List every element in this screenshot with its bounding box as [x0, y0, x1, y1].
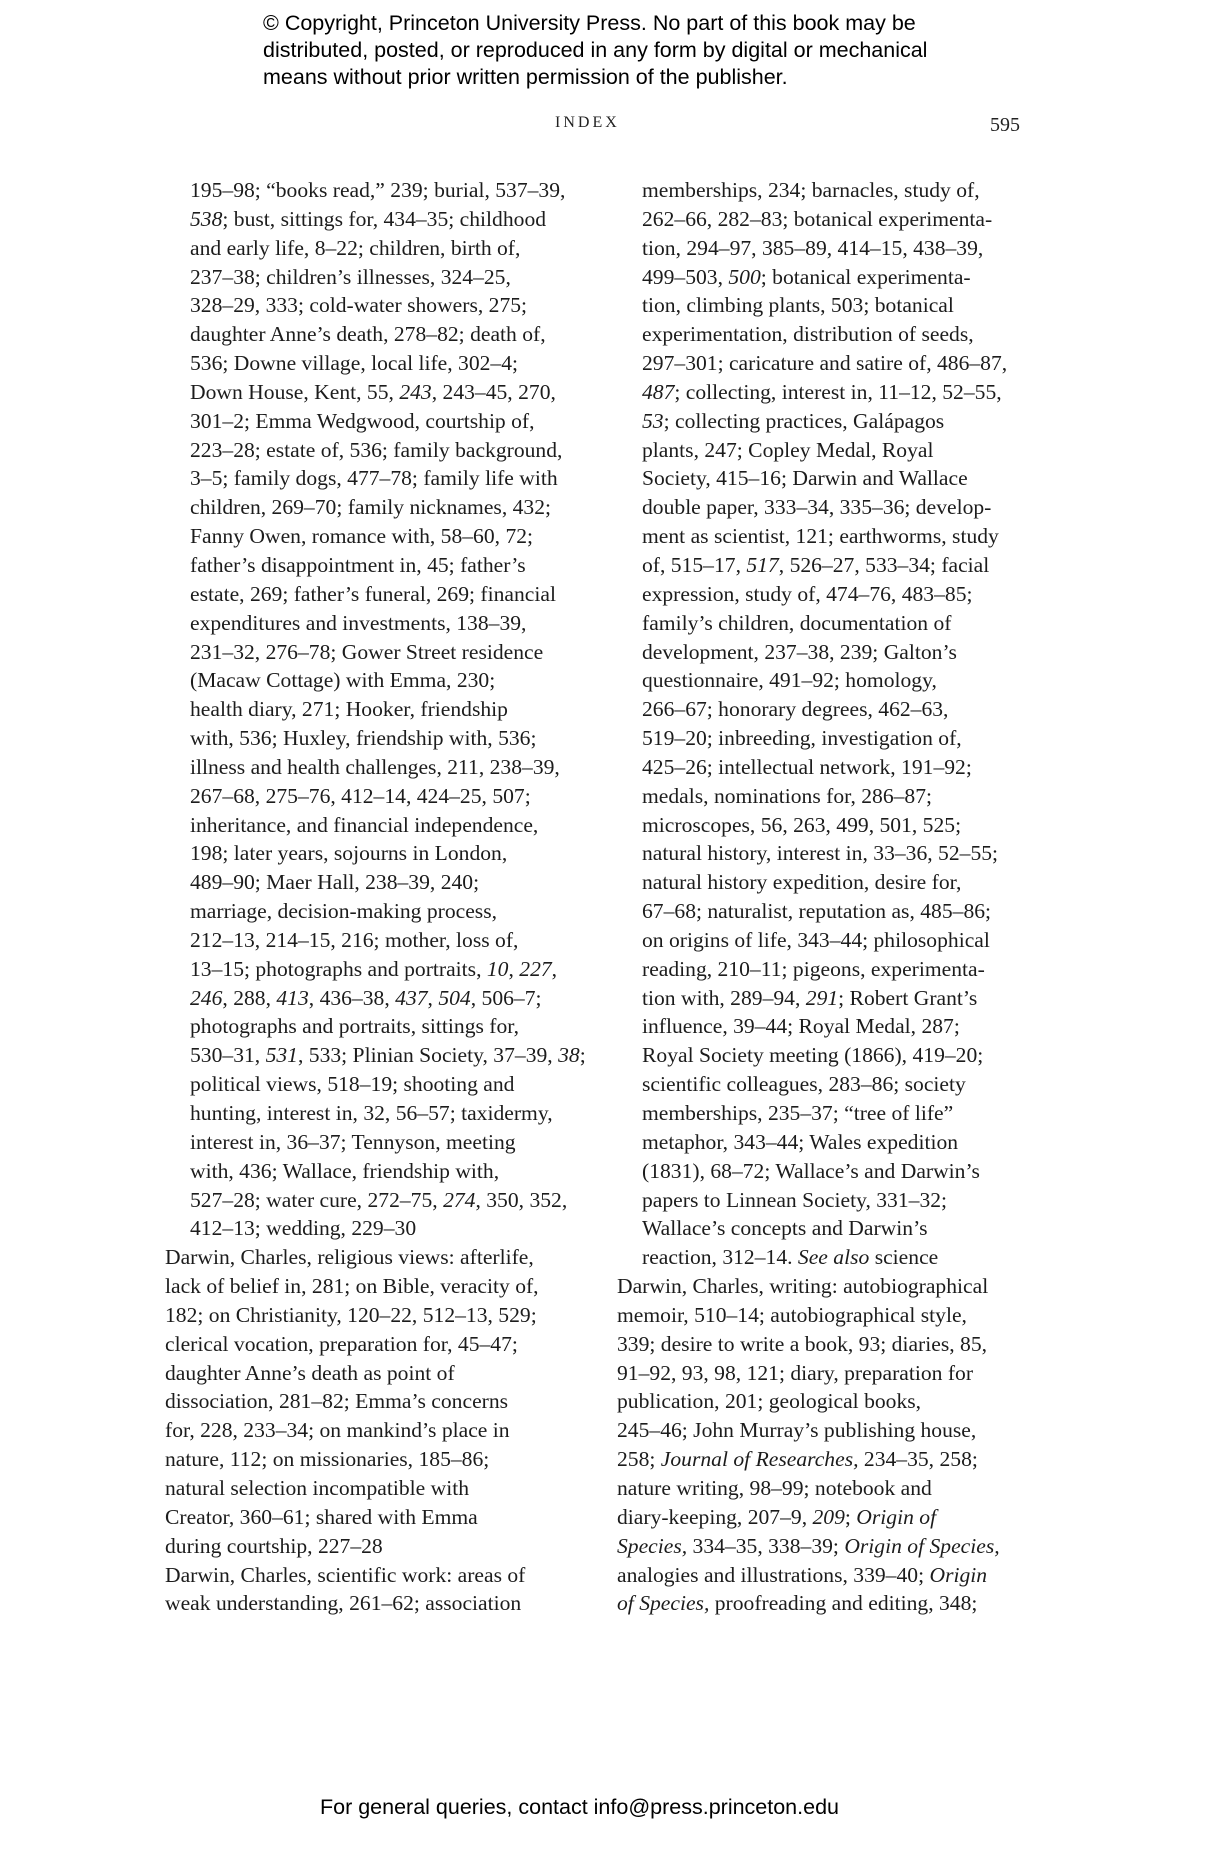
index-entry-continued: memberships, 234; barnacles, study of,26… — [617, 176, 1042, 1272]
index-line: for, 228, 233–34; on mankind’s place in — [190, 1416, 590, 1445]
index-line: of, 515–17, 517, 526–27, 533–34; facial — [642, 551, 1042, 580]
index-line: marriage, decision-making process, — [190, 897, 590, 926]
index-line: 425–26; intellectual network, 191–92; — [642, 753, 1042, 782]
index-line: expenditures and investments, 138–39, — [190, 609, 590, 638]
index-line: 412–13; wedding, 229–30 — [190, 1214, 590, 1243]
index-line: 301–2; Emma Wedgwood, courtship of, — [190, 407, 590, 436]
index-line: 195–98; “books read,” 239; burial, 537–3… — [190, 176, 590, 205]
index-line: 487; collecting, interest in, 11–12, 52–… — [642, 378, 1042, 407]
index-line: 53; collecting practices, Galápagos — [642, 407, 1042, 436]
index-line: Wallace’s concepts and Darwin’s — [642, 1214, 1042, 1243]
index-line: 489–90; Maer Hall, 238–39, 240; — [190, 868, 590, 897]
index-line: natural history, interest in, 33–36, 52–… — [642, 839, 1042, 868]
index-line: 536; Downe village, local life, 302–4; — [190, 349, 590, 378]
index-line: reaction, 312–14. See also science — [642, 1243, 1042, 1272]
index-entry-religious-views: Darwin, Charles, religious views: afterl… — [165, 1243, 590, 1560]
index-line: Darwin, Charles, religious views: afterl… — [190, 1243, 590, 1272]
index-line: daughter Anne’s death as point of — [190, 1359, 590, 1388]
index-line: tion, climbing plants, 503; botanical — [642, 291, 1042, 320]
index-line: and early life, 8–22; children, birth of… — [190, 234, 590, 263]
index-line: double paper, 333–34, 335–36; develop- — [642, 493, 1042, 522]
index-line: father’s disappointment in, 45; father’s — [190, 551, 590, 580]
index-column-right: memberships, 234; barnacles, study of,26… — [617, 176, 1042, 1618]
index-line: (1831), 68–72; Wallace’s and Darwin’s — [642, 1157, 1042, 1186]
index-line: 246, 288, 413, 436–38, 437, 504, 506–7; — [190, 984, 590, 1013]
index-line: 538; bust, sittings for, 434–35; childho… — [190, 205, 590, 234]
index-line: 267–68, 275–76, 412–14, 424–25, 507; — [190, 782, 590, 811]
index-line: family’s children, documentation of — [642, 609, 1042, 638]
index-line: medals, nominations for, 286–87; — [642, 782, 1042, 811]
index-line: Royal Society meeting (1866), 419–20; — [642, 1041, 1042, 1070]
index-line: metaphor, 343–44; Wales expedition — [642, 1128, 1042, 1157]
index-line: 198; later years, sojourns in London, — [190, 839, 590, 868]
index-line: (Macaw Cottage) with Emma, 230; — [190, 666, 590, 695]
footer-contact: For general queries, contact info@press.… — [0, 1795, 1225, 1820]
index-line: 266–67; honorary degrees, 462–63, — [642, 695, 1042, 724]
index-line: questionnaire, 491–92; homology, — [642, 666, 1042, 695]
index-line: of Species, proofreading and editing, 34… — [642, 1589, 1042, 1618]
index-line: papers to Linnean Society, 331–32; — [642, 1186, 1042, 1215]
index-line: 339; desire to write a book, 93; diaries… — [642, 1330, 1042, 1359]
index-line: dissociation, 281–82; Emma’s concerns — [190, 1387, 590, 1416]
index-line: Darwin, Charles, writing: autobiographic… — [642, 1272, 1042, 1301]
index-line: microscopes, 56, 263, 499, 501, 525; — [642, 811, 1042, 840]
index-line: tion, 294–97, 385–89, 414–15, 438–39, — [642, 234, 1042, 263]
index-line: diary-keeping, 207–9, 209; Origin of — [642, 1503, 1042, 1532]
index-entry-writing: Darwin, Charles, writing: autobiographic… — [617, 1272, 1042, 1618]
index-line: expression, study of, 474–76, 483–85; — [642, 580, 1042, 609]
footer-contact-text: For general queries, contact info@press.… — [320, 1795, 839, 1819]
index-line: experimentation, distribution of seeds, — [642, 320, 1042, 349]
index-line: 530–31, 531, 533; Plinian Society, 37–39… — [190, 1041, 590, 1070]
index-entry-continued: 195–98; “books read,” 239; burial, 537–3… — [165, 176, 590, 1243]
index-line: 519–20; inbreeding, investigation of, — [642, 724, 1042, 753]
index-line: 245–46; John Murray’s publishing house, — [642, 1416, 1042, 1445]
index-line: 13–15; photographs and portraits, 10, 22… — [190, 955, 590, 984]
index-line: weak understanding, 261–62; association — [190, 1589, 590, 1618]
index-line: scientific colleagues, 283–86; society — [642, 1070, 1042, 1099]
index-line: 237–38; children’s illnesses, 324–25, — [190, 263, 590, 292]
index-line: development, 237–38, 239; Galton’s — [642, 638, 1042, 667]
index-column-left: 195–98; “books read,” 239; burial, 537–3… — [165, 176, 590, 1618]
index-line: 91–92, 93, 98, 121; diary, preparation f… — [642, 1359, 1042, 1388]
index-line: 499–503, 500; botanical experimenta- — [642, 263, 1042, 292]
page-number: 595 — [990, 114, 1020, 137]
index-line: 223–28; estate of, 536; family backgroun… — [190, 436, 590, 465]
index-line: 258; Journal of Researches, 234–35, 258; — [642, 1445, 1042, 1474]
index-line: interest in, 36–37; Tennyson, meeting — [190, 1128, 590, 1157]
index-line: 527–28; water cure, 272–75, 274, 350, 35… — [190, 1186, 590, 1215]
index-line: 231–32, 276–78; Gower Street residence — [190, 638, 590, 667]
index-line: memoir, 510–14; autobiographical style, — [642, 1301, 1042, 1330]
index-line: analogies and illustrations, 339–40; Ori… — [642, 1561, 1042, 1590]
index-line: illness and health challenges, 211, 238–… — [190, 753, 590, 782]
index-entry-scientific-work: Darwin, Charles, scientific work: areas … — [165, 1561, 590, 1619]
index-line: 297–301; caricature and satire of, 486–8… — [642, 349, 1042, 378]
index-line: 3–5; family dogs, 477–78; family life wi… — [190, 464, 590, 493]
copyright-notice: © Copyright, Princeton University Press.… — [263, 10, 1023, 91]
index-line: 328–29, 333; cold-water showers, 275; — [190, 291, 590, 320]
index-line: during courtship, 227–28 — [190, 1532, 590, 1561]
index-line: with, 436; Wallace, friendship with, — [190, 1157, 590, 1186]
index-line: political views, 518–19; shooting and — [190, 1070, 590, 1099]
copyright-line: © Copyright, Princeton University Press.… — [263, 10, 1023, 37]
index-line: nature, 112; on missionaries, 185–86; — [190, 1445, 590, 1474]
index-line: Creator, 360–61; shared with Emma — [190, 1503, 590, 1532]
index-line: ment as scientist, 121; earthworms, stud… — [642, 522, 1042, 551]
index-line: clerical vocation, preparation for, 45–4… — [190, 1330, 590, 1359]
index-line: 262–66, 282–83; botanical experimenta- — [642, 205, 1042, 234]
index-line: photographs and portraits, sittings for, — [190, 1012, 590, 1041]
running-title: INDEX — [555, 114, 620, 132]
index-line: publication, 201; geological books, — [642, 1387, 1042, 1416]
copyright-line: means without prior written permission o… — [263, 64, 1023, 91]
index-line: lack of belief in, 281; on Bible, veraci… — [190, 1272, 590, 1301]
index-line: Species, 334–35, 338–39; Origin of Speci… — [642, 1532, 1042, 1561]
index-line: Darwin, Charles, scientific work: areas … — [190, 1561, 590, 1590]
copyright-line: distributed, posted, or reproduced in an… — [263, 37, 1023, 64]
index-line: estate, 269; father’s funeral, 269; fina… — [190, 580, 590, 609]
index-line: Fanny Owen, romance with, 58–60, 72; — [190, 522, 590, 551]
index-line: plants, 247; Copley Medal, Royal — [642, 436, 1042, 465]
index-line: 67–68; naturalist, reputation as, 485–86… — [642, 897, 1042, 926]
index-line: inheritance, and financial independence, — [190, 811, 590, 840]
index-line: tion with, 289–94, 291; Robert Grant’s — [642, 984, 1042, 1013]
index-line: with, 536; Huxley, friendship with, 536; — [190, 724, 590, 753]
index-line: influence, 39–44; Royal Medal, 287; — [642, 1012, 1042, 1041]
index-line: memberships, 235–37; “tree of life” — [642, 1099, 1042, 1128]
index-line: health diary, 271; Hooker, friendship — [190, 695, 590, 724]
index-line: nature writing, 98–99; notebook and — [642, 1474, 1042, 1503]
index-line: hunting, interest in, 32, 56–57; taxider… — [190, 1099, 590, 1128]
index-line: reading, 210–11; pigeons, experimenta- — [642, 955, 1042, 984]
index-line: 212–13, 214–15, 216; mother, loss of, — [190, 926, 590, 955]
index-line: Society, 415–16; Darwin and Wallace — [642, 464, 1042, 493]
index-line: Down House, Kent, 55, 243, 243–45, 270, — [190, 378, 590, 407]
running-head: INDEX 595 — [0, 114, 1225, 138]
index-line: 182; on Christianity, 120–22, 512–13, 52… — [190, 1301, 590, 1330]
index-line: natural selection incompatible with — [190, 1474, 590, 1503]
index-line: on origins of life, 343–44; philosophica… — [642, 926, 1042, 955]
index-line: children, 269–70; family nicknames, 432; — [190, 493, 590, 522]
index-line: natural history expedition, desire for, — [642, 868, 1042, 897]
index-line: daughter Anne’s death, 278–82; death of, — [190, 320, 590, 349]
index-line: memberships, 234; barnacles, study of, — [642, 176, 1042, 205]
